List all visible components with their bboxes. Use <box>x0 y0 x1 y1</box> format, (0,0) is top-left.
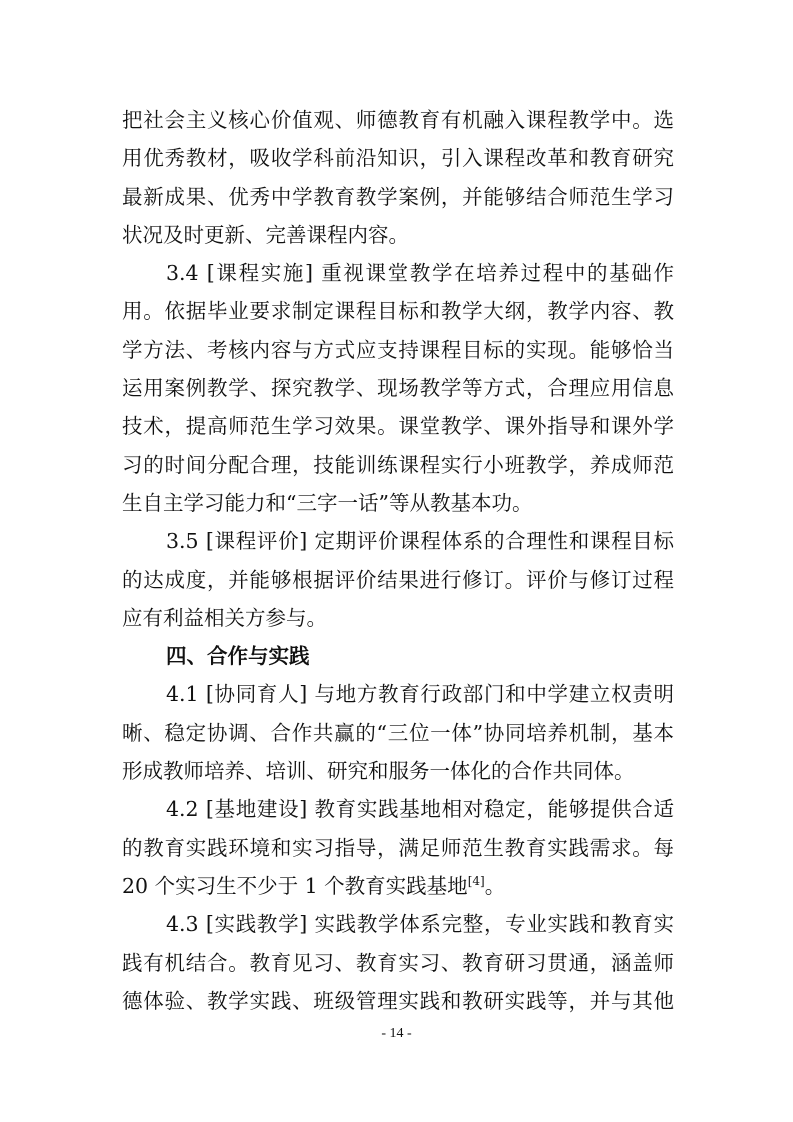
text-segment: 。 <box>485 874 506 898</box>
section-heading: 四、合作与实践 <box>122 637 674 675</box>
text-line: 应有利益相关方参与。 <box>122 599 674 637</box>
section-text: 教育实践基地相对稳定，能够提供合适 <box>314 797 674 821</box>
section-tag: [实践教学] <box>206 912 307 936</box>
text-segment: 20 个实习生不少于 1 个教育实践基地 <box>122 874 468 898</box>
text-line: 把社会主义核心价值观、师德教育有机融入课程教学中。选 <box>122 101 674 139</box>
section-number: 4.3 <box>166 912 199 936</box>
citation-ref: [4] <box>468 874 485 888</box>
text-line: 技术，提高师范生学习效果。课堂教学、课外指导和课外学 <box>122 407 674 445</box>
page-number: - 14 - <box>0 1026 793 1042</box>
section-tag: [课程评价] <box>206 529 307 553</box>
section-number: 3.5 <box>166 529 199 553</box>
section-3-4-first-line: 3.4 [课程实施] 重视课堂教学在培养过程中的基础作 <box>122 254 674 292</box>
text-line: 习的时间分配合理，技能训练课程实行小班教学，养成师范 <box>122 446 674 484</box>
text-line: 学方法、考核内容与方式应支持课程目标的实现。能够恰当 <box>122 331 674 369</box>
text-line: 状况及时更新、完善课程内容。 <box>122 216 674 254</box>
section-4-3-first-line: 4.3 [实践教学] 实践教学体系完整，专业实践和教育实 <box>122 905 674 943</box>
section-number: 4.2 <box>166 797 199 821</box>
text-line: 德体验、教学实践、班级管理实践和教研实践等，并与其他 <box>122 982 674 1020</box>
section-4-1-first-line: 4.1 [协同育人] 与地方教育行政部门和中学建立权责明 <box>122 675 674 713</box>
text-line: 用优秀教材，吸收学科前沿知识，引入课程改革和教育研究 <box>122 139 674 177</box>
section-text: 重视课堂教学在培养过程中的基础作 <box>321 261 674 285</box>
section-4-2-first-line: 4.2 [基地建设] 教育实践基地相对稳定，能够提供合适 <box>122 790 674 828</box>
text-line: 形成教师培养、培训、研究和服务一体化的合作共同体。 <box>122 752 674 790</box>
section-tag: [课程实施] <box>207 261 313 285</box>
section-tag: [协同育人] <box>206 682 307 706</box>
section-text: 定期评价课程体系的合理性和课程目标 <box>314 529 674 553</box>
document-body: 把社会主义核心价值观、师德教育有机融入课程教学中。选 用优秀教材，吸收学科前沿知… <box>122 101 674 1020</box>
text-line: 最新成果、优秀中学教育教学案例，并能够结合师范生学习 <box>122 178 674 216</box>
section-tag: [基地建设] <box>206 797 307 821</box>
text-line: 的教育实践环境和实习指导，满足师范生教育实践需求。每 <box>122 829 674 867</box>
section-3-5-first-line: 3.5 [课程评价] 定期评价课程体系的合理性和课程目标 <box>122 522 674 560</box>
section-number: 3.4 <box>166 261 199 285</box>
text-line-with-citation: 20 个实习生不少于 1 个教育实践基地[4]。 <box>122 867 674 905</box>
text-line: 用。依据毕业要求制定课程目标和教学大纲，教学内容、教 <box>122 292 674 330</box>
text-line: 晰、稳定协调、合作共赢的“三位一体”协同培养机制，基本 <box>122 714 674 752</box>
section-number: 4.1 <box>166 682 199 706</box>
text-line: 运用案例教学、探究教学、现场教学等方式，合理应用信息 <box>122 369 674 407</box>
text-line: 践有机结合。教育见习、教育实习、教育研习贯通，涵盖师 <box>122 944 674 982</box>
text-line: 生自主学习能力和“三字一话”等从教基本功。 <box>122 484 674 522</box>
section-text: 实践教学体系完整，专业实践和教育实 <box>314 912 674 936</box>
text-line: 的达成度，并能够根据评价结果进行修订。评价与修订过程 <box>122 561 674 599</box>
section-text: 与地方教育行政部门和中学建立权责明 <box>314 682 674 706</box>
